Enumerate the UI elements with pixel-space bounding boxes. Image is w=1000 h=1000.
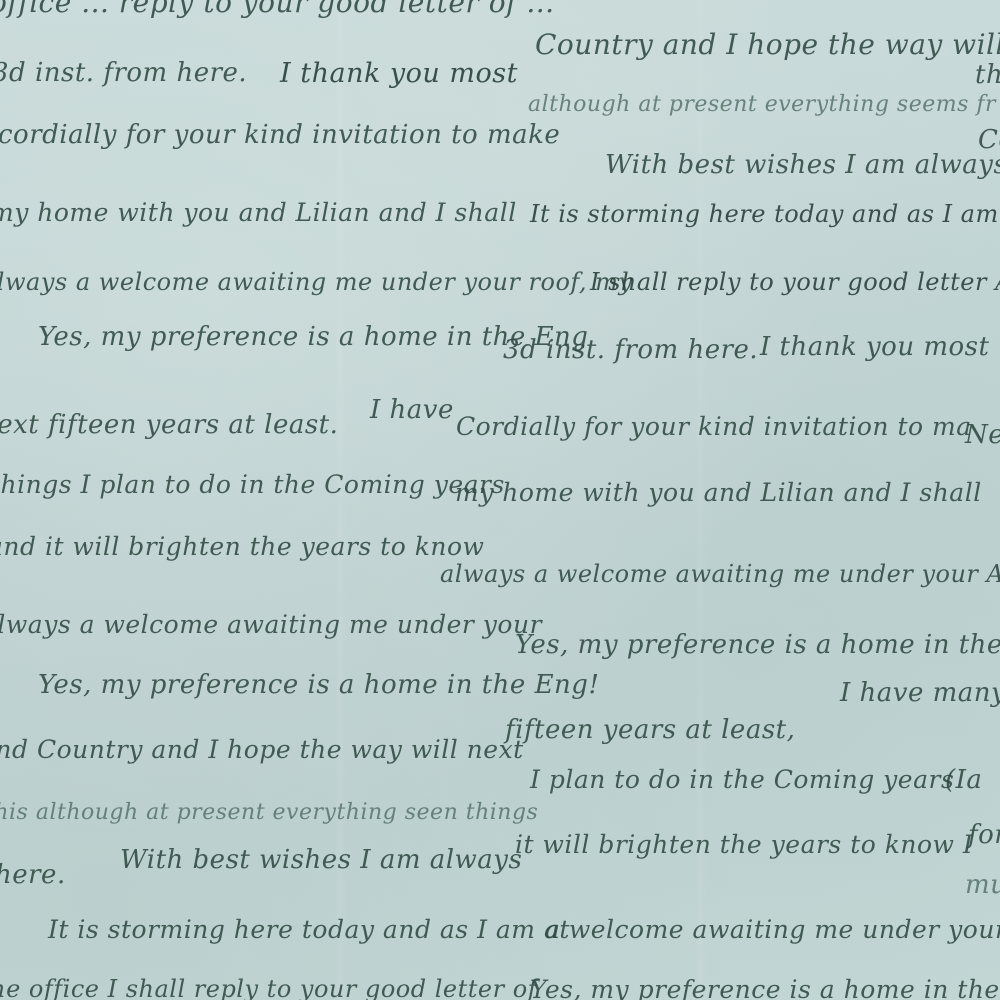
handwriting-line: things I plan to do in the Coming years (0, 470, 505, 499)
handwriting-line: With best wishes I am always (120, 845, 522, 875)
handwriting-line: Next (965, 420, 1000, 450)
handwriting-line: Yes, my preference is a home in the Eng (530, 975, 1000, 1000)
handwritten-letter-page: office ... reply to your good letter of … (0, 0, 1000, 1000)
handwriting-line: the office I shall reply to your good le… (0, 975, 537, 1000)
handwriting-line: mu (965, 870, 1000, 900)
handwriting-line: It is storming here today and as I am at (48, 915, 570, 944)
handwriting-line: Yes, my preference is a home in the Al (515, 630, 1000, 660)
handwriting-line: cordially for your kind invitation to ma… (0, 120, 560, 150)
handwriting-line: next fifteen years at least. (0, 410, 338, 440)
handwriting-line: and it will brighten the years to know (0, 532, 484, 561)
handwriting-line: it will brighten the years to know I (515, 830, 973, 859)
handwriting-line: It is storming here today and as I am N (530, 200, 1000, 228)
handwriting-line: Yes, my preference is a home in the Eng! (38, 670, 599, 700)
handwriting-line: With best wishes I am always (605, 150, 1000, 180)
handwriting-line: although at present everything seems fr (528, 92, 996, 117)
handwriting-line: always a welcome awaiting me under your … (0, 268, 633, 296)
handwriting-line: 3d inst. from here. (0, 58, 247, 88)
handwriting-line: I plan to do in the Coming years (530, 765, 954, 794)
handwriting-line: I shall reply to your good letter Al (590, 268, 1000, 296)
handwriting-line: office ... reply to your good letter of … (0, 0, 555, 19)
handwriting-line: here. (0, 860, 66, 890)
handwriting-line: I thank you most (760, 332, 989, 362)
handwriting-line: my home with you and Lilian and I shall (0, 198, 517, 227)
handwriting-line: and Country and I hope the way will next (0, 735, 524, 764)
handwriting-line: Cordially for your kind invitation to ma (456, 412, 972, 441)
handwriting-line: my home with you and Lilian and I shall (455, 478, 982, 507)
handwriting-line: a welcome awaiting me under your roof (545, 915, 1000, 944)
handwriting-line: fifteen years at least, (505, 715, 795, 745)
handwriting-line: I have (370, 395, 454, 425)
handwriting-line: I have many (840, 678, 1000, 708)
handwriting-line: (Ia (945, 765, 982, 795)
handwriting-line: always a welcome awaiting me under your (0, 610, 542, 639)
handwriting-line: this although at present everything seen… (0, 800, 538, 825)
handwriting-line: Country and I hope the way will open (535, 28, 1000, 61)
handwriting-line: always a welcome awaiting me under your … (440, 560, 1000, 588)
handwriting-line: 3d inst. from here. (503, 335, 758, 365)
handwriting-line: the (975, 60, 1000, 90)
handwriting-line: I thank you most (280, 58, 518, 89)
